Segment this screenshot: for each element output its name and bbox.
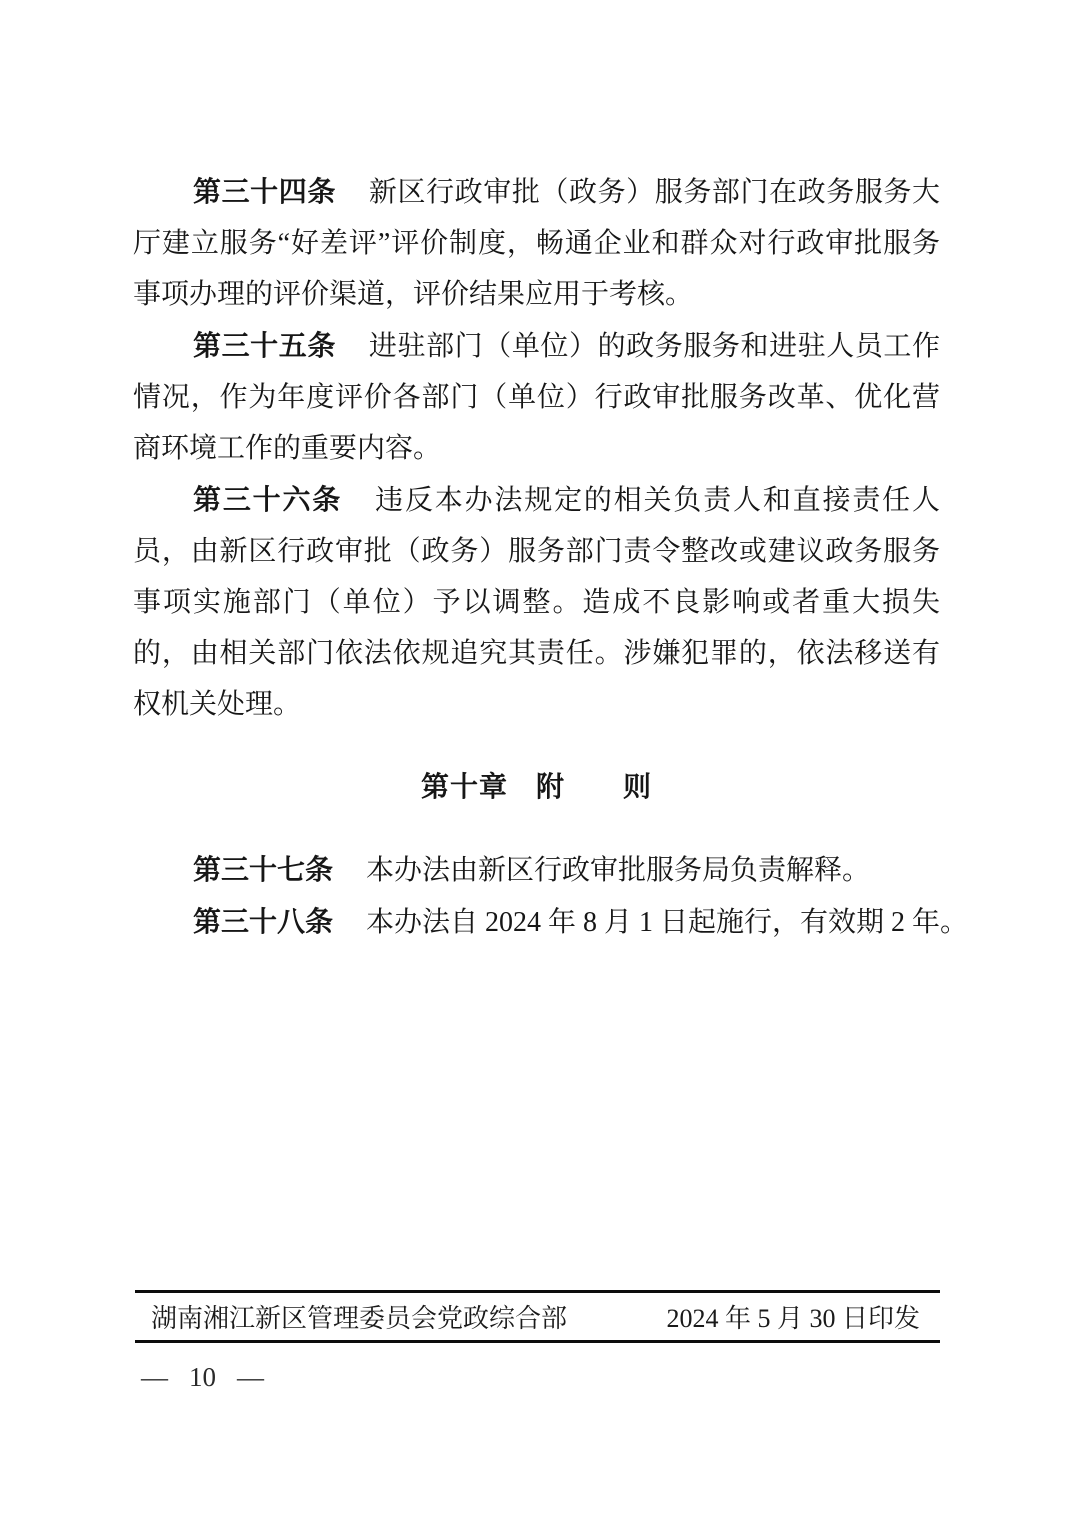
page-number-dash-left: — — [141, 1362, 168, 1393]
page-number-dash-right: — — [237, 1362, 264, 1393]
chapter-number: 第十章 — [421, 771, 508, 802]
article-35: 第三十五条进驻部门（单位）的政务服务和进驻人员工作情况，作为年度评价各部门（单位… — [133, 320, 940, 474]
article-38-text: 本办法自 2024 年 8 月 1 日起施行，有效期 2 年。 — [366, 907, 968, 938]
article-36-number: 第三十六条 — [193, 484, 342, 515]
article-34: 第三十四条新区行政审批（政务）服务部门在政务服务大厅建立服务“好差评”评价制度，… — [133, 166, 940, 320]
article-36: 第三十六条违反本办法规定的相关负责人和直接责任人员，由新区行政审批（政务）服务部… — [133, 474, 940, 730]
article-38-number: 第三十八条 — [193, 906, 333, 937]
chapter-heading: 第十章附 则 — [133, 761, 940, 812]
article-37-number: 第三十七条 — [193, 854, 333, 885]
article-35-number: 第三十五条 — [193, 330, 336, 361]
print-date: 2024 年 5 月 30 日印发 — [666, 1298, 920, 1335]
page-number: — 10 — — [141, 1362, 264, 1393]
chapter-title: 附 则 — [536, 771, 652, 802]
colophon: 湖南湘江新区管理委员会党政综合部 2024 年 5 月 30 日印发 — [135, 1290, 940, 1343]
article-37: 第三十七条本办法由新区行政审批服务局负责解释。 — [133, 844, 940, 896]
article-36-text: 违反本办法规定的相关负责人和直接责任人员，由新区行政审批（政务）服务部门责令整改… — [133, 485, 940, 720]
article-37-text: 本办法由新区行政审批服务局负责解释。 — [366, 855, 870, 886]
article-38: 第三十八条本办法自 2024 年 8 月 1 日起施行，有效期 2 年。 — [133, 896, 940, 948]
document-page: 第三十四条新区行政审批（政务）服务部门在政务服务大厅建立服务“好差评”评价制度，… — [0, 0, 1074, 1520]
page-number-value: 10 — [189, 1362, 216, 1393]
article-34-number: 第三十四条 — [193, 176, 336, 207]
issuer-name: 湖南湘江新区管理委员会党政综合部 — [151, 1298, 567, 1335]
document-body: 第三十四条新区行政审批（政务）服务部门在政务服务大厅建立服务“好差评”评价制度，… — [133, 166, 940, 948]
